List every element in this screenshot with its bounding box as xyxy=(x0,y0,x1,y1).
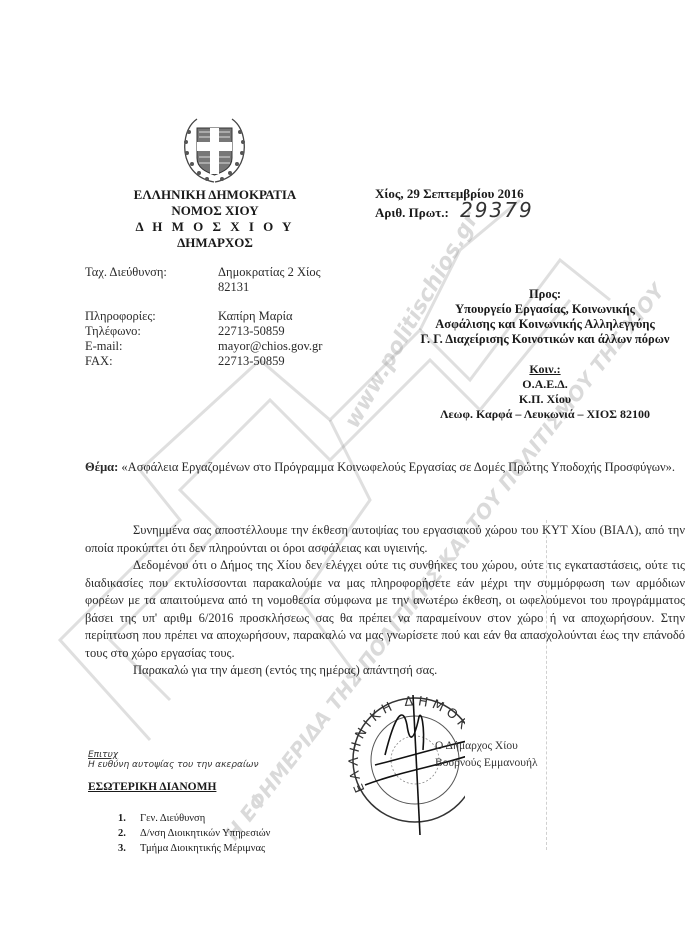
handwritten-line: Η ευθύνη αυτοψίας του την ακεραίων xyxy=(88,760,259,770)
cc-block: Κοιν.: Ο.Α.Ε.Δ. Κ.Π. Χίου Λεωφ. Καρφά – … xyxy=(385,362,700,422)
issuer-line: ΕΛΛΗΝΙΚΗ ΔΗΜΟΚΡΑΤΙΑ xyxy=(120,187,310,203)
address-label: Ταχ. Διεύθυνση: xyxy=(85,265,218,280)
body-paragraph: Παρακαλώ για την άμεση (εντός της ημέρας… xyxy=(85,662,685,680)
subject-label: Θέμα: xyxy=(85,460,118,474)
greek-coat-of-arms-icon xyxy=(177,112,252,187)
email-value: mayor@chios.gov.gr xyxy=(218,339,388,354)
recipient-label: Προς: xyxy=(385,287,700,302)
subject-text: «Ασφάλεια Εργαζομένων στο Πρόγραμμα Κοιν… xyxy=(121,460,675,474)
handwritten-note: Επιτυχ Η ευθύνη αυτοψίας του την ακεραίω… xyxy=(88,750,259,770)
address-line1: Δημοκρατίας 2 Χίος xyxy=(218,265,388,280)
contact-details: Ταχ. Διεύθυνση: Δημοκρατίας 2 Χίος 82131… xyxy=(85,265,388,369)
recipient-block: Προς: Υπουργείο Εργασίας, Κοινωνικής Ασφ… xyxy=(385,287,700,347)
cc-line: Ο.Α.Ε.Δ. xyxy=(385,377,700,392)
issuer-line: Δ Η Μ Ο Σ Χ Ι Ο Υ xyxy=(120,219,310,235)
info-value: Καπίρη Μαρία xyxy=(218,309,388,324)
handwritten-line: Επιτυχ xyxy=(88,750,259,760)
issuer-line: ΝΟΜΟΣ ΧΙΟΥ xyxy=(120,203,310,219)
list-item: 2. Δ/νση Διοικητικών Υπηρεσιών xyxy=(118,826,270,841)
body-paragraph: Συνημμένα σας αποστέλλουμε την έκθεση αυ… xyxy=(85,522,685,557)
internal-distribution-title: ΕΣΩΤΕΡΙΚΗ ΔΙΑΝΟΜΗ xyxy=(88,781,216,793)
recipient-line: Ασφάλισης και Κοινωνικής Αλληλεγγύης xyxy=(385,317,700,332)
date-protocol-block: Χίος, 29 Σεπτεμβρίου 2016 Αριθ. Πρωτ.: 2… xyxy=(375,186,534,221)
issuer-block: ΕΛΛΗΝΙΚΗ ΔΗΜΟΚΡΑΤΙΑ ΝΟΜΟΣ ΧΙΟΥ Δ Η Μ Ο Σ… xyxy=(120,187,310,251)
fax-label: FAX: xyxy=(85,354,218,369)
recipient-line: Γ. Γ. Διαχείρισης Κοινοτικών και άλλων π… xyxy=(385,332,700,347)
info-label: Πληροφορίες: xyxy=(85,309,218,324)
email-label: E-mail: xyxy=(85,339,218,354)
signer-title: Ο Δήμαρχος Χίου xyxy=(435,738,538,755)
phone-value: 22713-50859 xyxy=(218,324,388,339)
internal-distribution-list: 1. Γεν. Διεύθυνση 2. Δ/νση Διοικητικών Υ… xyxy=(118,811,270,856)
recipient-line: Υπουργείο Εργασίας, Κοινωνικής xyxy=(385,302,700,317)
body-paragraph: Δεδομένου ότι ο Δήμος της Χίου δεν ελέγχ… xyxy=(85,557,685,662)
issuer-line: ΔΗΜΑΡΧΟΣ xyxy=(120,235,310,251)
letter-body: Συνημμένα σας αποστέλλουμε την έκθεση αυ… xyxy=(85,522,685,680)
protocol-number: 29379 xyxy=(460,198,534,222)
signer-name: Βουρνούς Εμμανουήλ xyxy=(435,755,538,772)
cc-line: Κ.Π. Χίου xyxy=(385,392,700,407)
list-item: 1. Γεν. Διεύθυνση xyxy=(118,811,270,826)
fax-value: 22713-50859 xyxy=(218,354,388,369)
subject-line: Θέμα: «Ασφάλεια Εργαζομένων στο Πρόγραμμ… xyxy=(85,458,685,476)
scan-fold-line xyxy=(546,520,547,850)
address-line2: 82131 xyxy=(218,280,388,295)
phone-label: Τηλέφωνο: xyxy=(85,324,218,339)
list-item: 3. Τμήμα Διοικητικής Μέριμνας xyxy=(118,841,270,856)
cc-label: Κοιν.: xyxy=(385,362,700,377)
signature-block: Ο Δήμαρχος Χίου Βουρνούς Εμμανουήλ xyxy=(435,738,538,772)
protocol-label: Αριθ. Πρωτ.: xyxy=(375,205,449,220)
cc-line: Λεωφ. Καρφά – Λευκωνιά – ΧΙΟΣ 82100 xyxy=(385,407,700,422)
